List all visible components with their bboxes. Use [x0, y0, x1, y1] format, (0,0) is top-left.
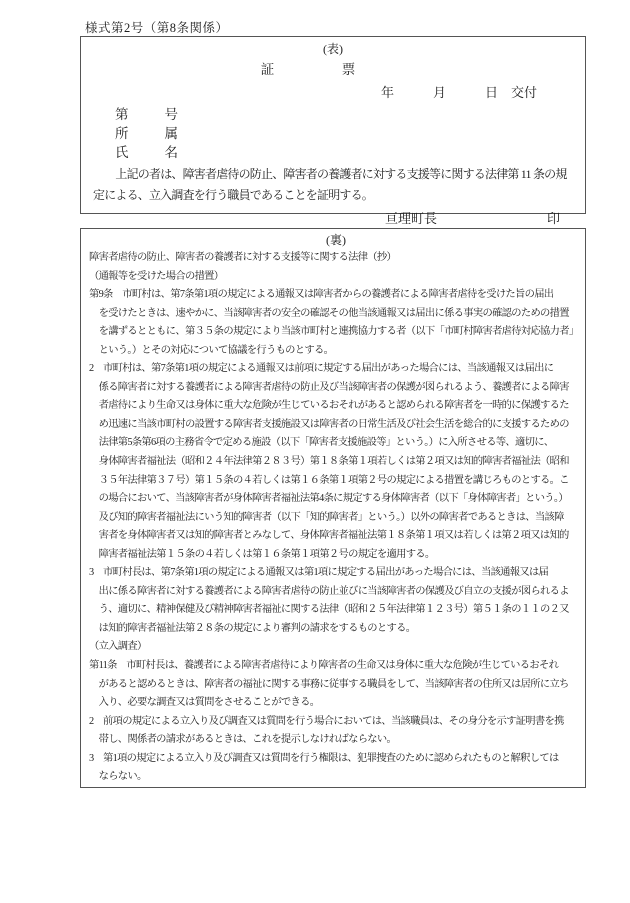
- law-text-line: 法律第5条第6項の主務省令で定める施設（以下「障害者支援施設等」という。）に入所…: [89, 434, 583, 453]
- law-text-line: 2 前項の規定による立入り及び調査又は質問を行う場合においては、当該職員は、その…: [89, 713, 583, 732]
- law-text-line: 2 市町村は、第7条第1項の規定による通報又は前項に規定する届出があった場合には…: [89, 360, 583, 379]
- field-label-first: 第: [115, 105, 129, 124]
- issue-date-line: 年 月 日 交付: [81, 83, 585, 102]
- back-side-label: (裏): [89, 233, 583, 248]
- issuer-name: 亘理町長: [385, 208, 437, 227]
- statement-line: 定による、立入調査を行う職員であることを証明する。: [93, 185, 585, 206]
- law-text-line: 者虐待により生命又は身体に重大な危険が生じているおそれがあると認められる障害者を…: [89, 397, 583, 416]
- field-label-second: 号: [165, 105, 179, 124]
- certification-statement: 上記の者は、障害者虐待の防止、障害者の養護者に対する支援等に関する法律第 11 …: [81, 164, 585, 206]
- law-text-line: ３５年法律第３７号）第１５条の４若しくは第１６条第１項第２号の規定による措置を講…: [89, 472, 583, 491]
- certificate-back-card: (裏) 障害者虐待の防止、障害者の養護者に対する支援等に関する法律（抄）（通報等…: [80, 228, 586, 788]
- issuer-row: 亘理町長 印: [81, 208, 585, 226]
- law-text-line: め迅速に当該市町村の設置する障害者支援施設又は障害者の日常生活及び社会生活を総合…: [89, 416, 583, 435]
- law-text-line: 第11条 市町村長は、養護者による障害者虐待により障害者の生命又は身体に重大な危…: [89, 657, 583, 676]
- form-number-label: 様式第2号（第8条関係）: [85, 18, 229, 36]
- statement-line: 上記の者は、障害者虐待の防止、障害者の養護者に対する支援等に関する法律第 11 …: [93, 164, 585, 185]
- law-text-line: 入り、必要な調査又は質問をさせることができる。: [89, 694, 583, 713]
- law-text-line: 害者を身体障害者又は知的障害者とみなして、身体障害者福祉法第１８条第１項又は若し…: [89, 527, 583, 546]
- law-text-line: （通報等を受けた場合の措置）: [89, 268, 583, 287]
- certificate-fields: 第号 所属 氏名: [81, 105, 585, 162]
- field-label-pair: 氏名: [115, 143, 178, 162]
- law-text-line: を受けたときは、速やかに、当該障害者の安全の確認その他当該通報又は届出に係る事実…: [89, 305, 583, 324]
- law-text-line: 障害者虐待の防止、障害者の養護者に対する支援等に関する法律（抄）: [89, 249, 583, 268]
- field-label-second: 名: [165, 143, 179, 162]
- front-side-label: (表): [81, 42, 585, 57]
- seal-mark: 印: [547, 208, 560, 227]
- document-page: 様式第2号（第8条関係） (表) 証 票 年 月 日 交付 第号 所属 氏名 上…: [0, 0, 630, 903]
- law-text-line: という。）とその対応について協議を行うものとする。: [89, 342, 583, 361]
- law-text-line: 係る障害者に対する養護者による障害者虐待の防止及び当該障害者の保護が図られるよう…: [89, 379, 583, 398]
- field-label-pair: 所属: [115, 124, 178, 143]
- field-row: 所属: [115, 124, 585, 143]
- law-text-line: 第9条 市町村は、第7条第1項の規定による通報又は障害者からの養護者による障害者…: [89, 286, 583, 305]
- field-label-first: 所: [115, 124, 129, 143]
- law-text-line: 身体障害者福祉法（昭和２４年法律第２８３号）第１８条第１項若しくは第２項又は知的…: [89, 453, 583, 472]
- law-text-line: を講ずるとともに、第３５条の規定により当該市町村と連携協力する者（以下「市町村障…: [89, 323, 583, 342]
- law-text-line: （立入調査）: [89, 638, 583, 657]
- field-label-first: 氏: [115, 143, 129, 162]
- field-row: 氏名: [115, 143, 585, 162]
- law-text-line: は知的障害者福祉法第２８条の規定により審判の請求をするものとする。: [89, 620, 583, 639]
- law-text-line: の場合において、当該障害者が身体障害者福祉法第4条に規定する身体障害者（以下「身…: [89, 490, 583, 509]
- law-text-line: 帯し、関係者の請求があるときは、これを提示しなければならない。: [89, 731, 583, 750]
- field-label-second: 属: [165, 124, 179, 143]
- certificate-title: 証 票: [56, 60, 560, 79]
- field-label-pair: 第号: [115, 105, 178, 124]
- law-text-line: 3 第1項の規定による立入り及び調査又は質問を行う権限は、犯罪捜査のために認めら…: [89, 750, 583, 769]
- law-text-line: ならない。: [89, 768, 583, 787]
- certificate-front-card: (表) 証 票 年 月 日 交付 第号 所属 氏名 上記の者は、障害者虐待の防止…: [80, 36, 586, 214]
- law-excerpt-text: 障害者虐待の防止、障害者の養護者に対する支援等に関する法律（抄）（通報等を受けた…: [89, 249, 583, 787]
- law-text-line: があると認めるときは、障害者の福祉に関する事務に従事する職員をして、当該障害者の…: [89, 676, 583, 695]
- law-text-line: う、適切に、精神保健及び精神障害者福祉に関する法律（昭和２５年法律第１２３号）第…: [89, 601, 583, 620]
- law-text-line: 障害者福祉法第１５条の４若しくは第１６条第１項第２号の規定を適用する。: [89, 546, 583, 565]
- field-row: 第号: [115, 105, 585, 124]
- law-text-line: 3 市町村長は、第7条第1項の規定による通報又は第1項に規定する届出があった場合…: [89, 564, 583, 583]
- law-text-line: 出に係る障害者に対する養護者による障害者虐待の防止並びに当該障害者の保護及び自立…: [89, 583, 583, 602]
- law-text-line: 及び知的障害者福祉法にいう知的障害者（以下「知的障害者」という。）以外の障害者で…: [89, 509, 583, 528]
